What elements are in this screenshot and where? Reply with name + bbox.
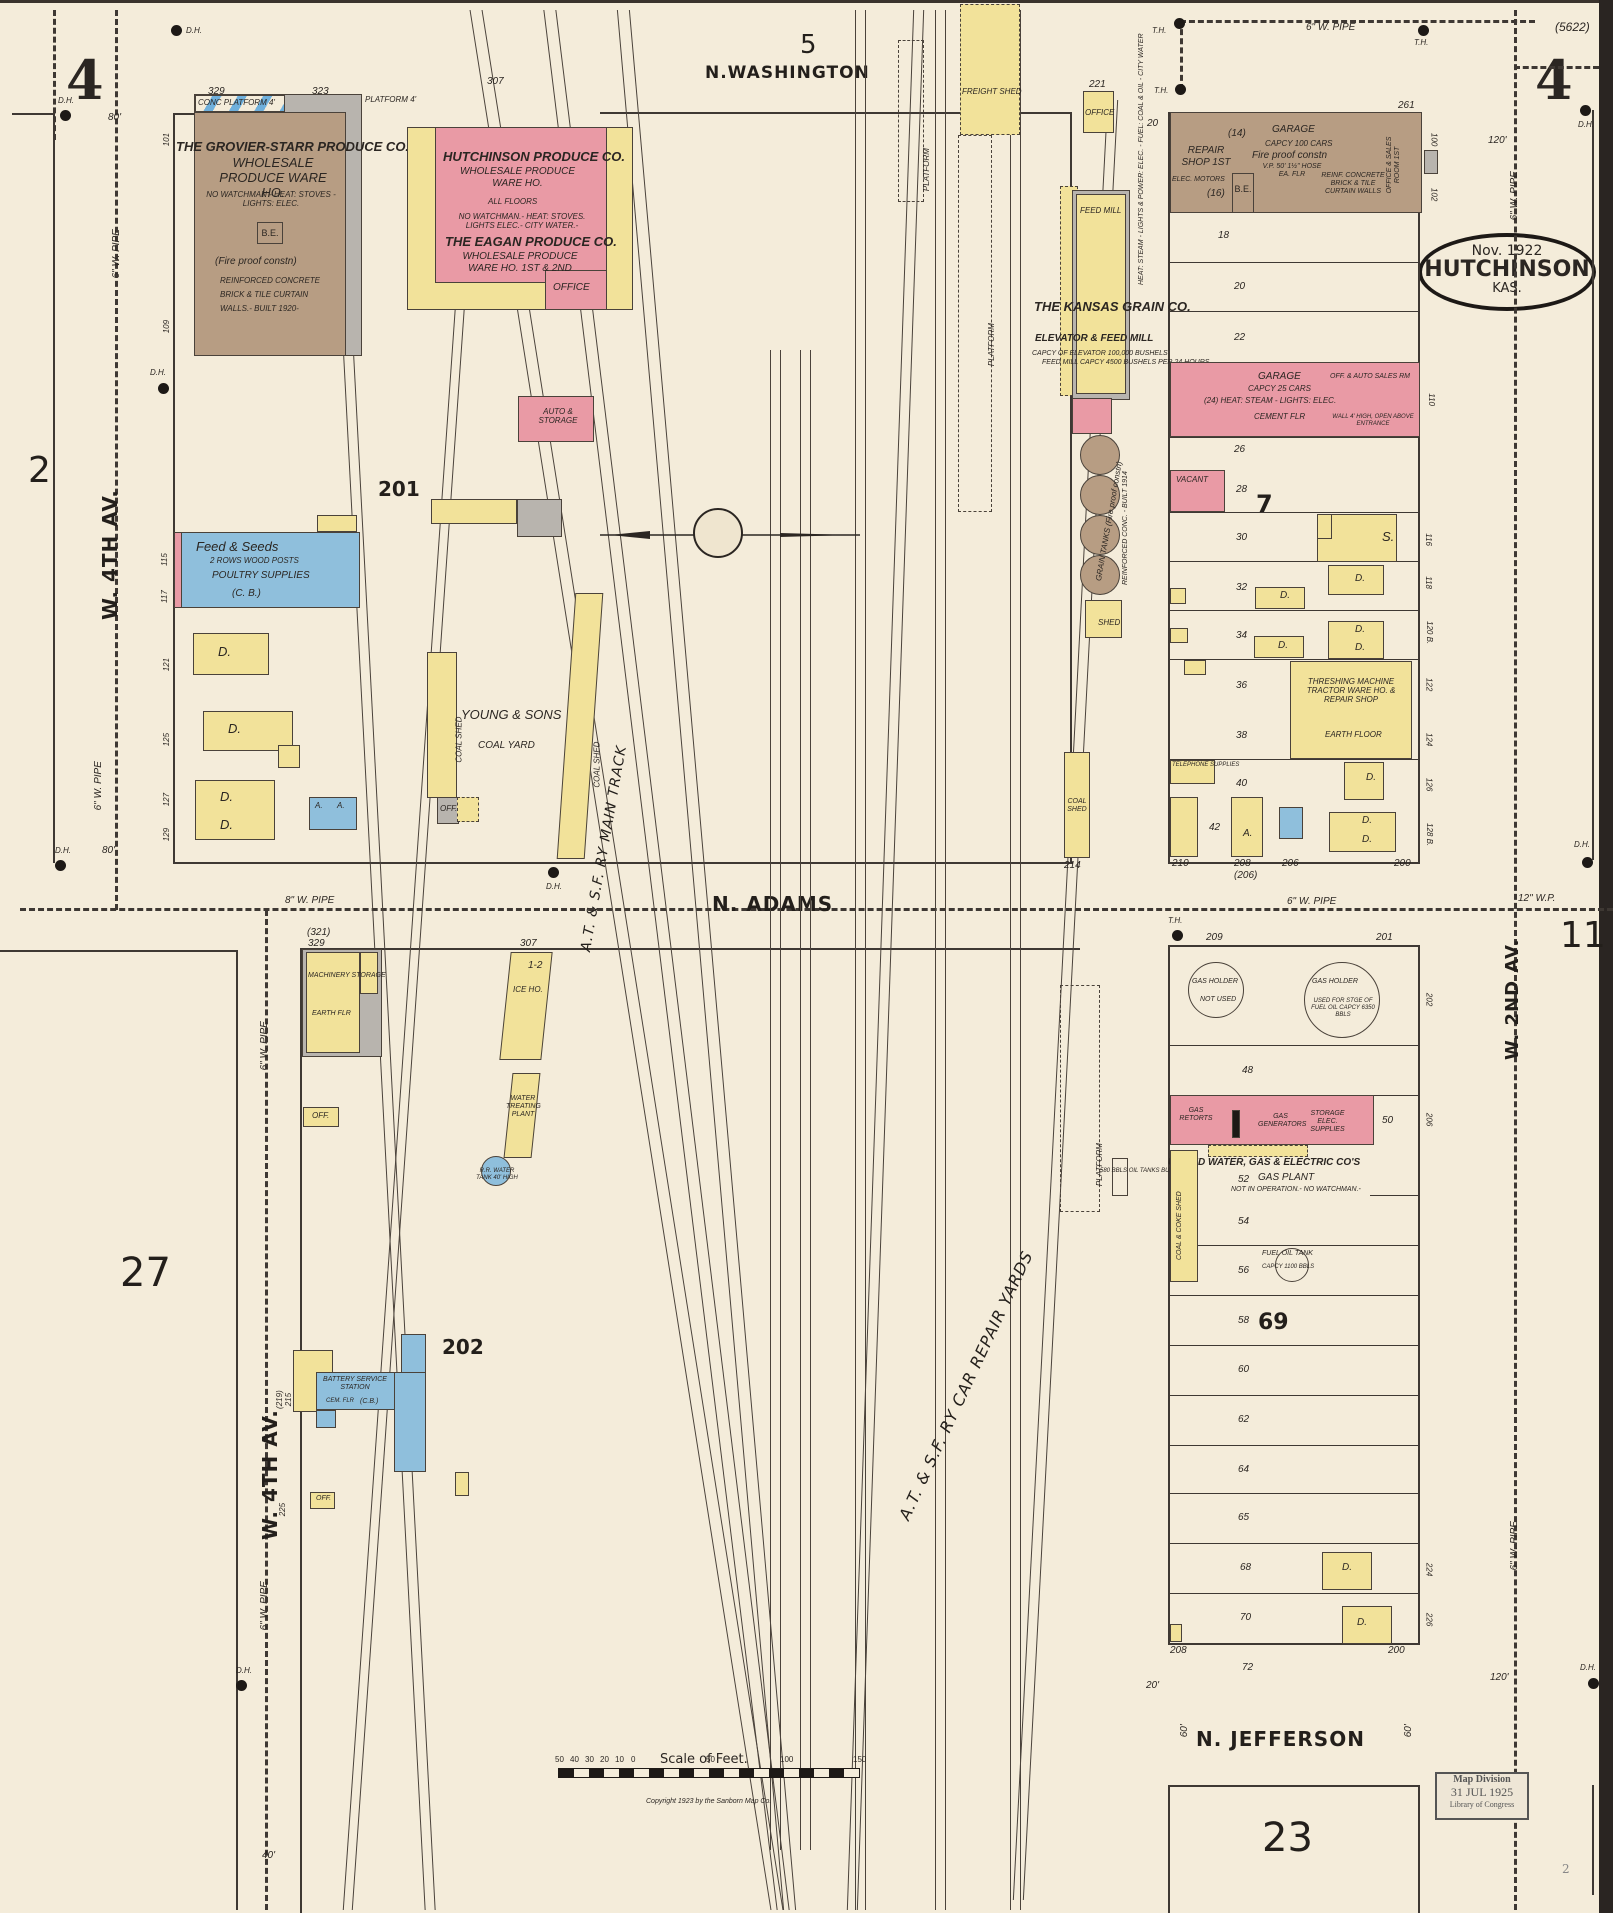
- pipe-label: 12" W.P.: [1518, 893, 1555, 905]
- lot-line: [1168, 262, 1418, 263]
- coal-shed-label: COAL SHED: [592, 742, 601, 788]
- gas-holder-note: NOT USED: [1200, 996, 1236, 1004]
- pipe-label: 6" W. PIPE: [111, 229, 123, 278]
- garage-mid-label: GARAGE: [1258, 371, 1301, 383]
- platform-label: PLATFORM: [1095, 1143, 1104, 1186]
- autos-label: A.: [337, 801, 345, 810]
- lot-number: 70: [1240, 1612, 1251, 1624]
- ice-house-stories: 1-2: [528, 960, 542, 972]
- rail-track: [800, 350, 801, 1850]
- copyright: Copyright 1923 by the Sanborn Map Co.: [646, 1798, 771, 1805]
- shed[interactable]: [278, 745, 300, 768]
- dwelling-label: D.: [1362, 815, 1372, 827]
- dwelling-label: D.: [218, 645, 231, 660]
- lot-number: 72: [1242, 1662, 1253, 1674]
- gas-holder-label: GAS HOLDER: [1312, 978, 1358, 986]
- block-east-edge: [1592, 110, 1594, 860]
- scale-tick: 50: [706, 1755, 715, 1764]
- threshing-label: THRESHING MACHINE TRACTOR WARE HO. & REP…: [1298, 677, 1404, 705]
- address: 128 B.: [1425, 823, 1434, 846]
- shed[interactable]: [1184, 660, 1206, 675]
- oil-tanks[interactable]: [1112, 1158, 1128, 1196]
- grovier-starr-notes: NO WATCHMAN - HEAT: STOVES - LIGHTS: ELE…: [196, 190, 346, 208]
- dwelling-cb[interactable]: [1279, 807, 1303, 839]
- hydrant-label: D.H.: [55, 846, 71, 855]
- hydrant-icon: [236, 1680, 247, 1691]
- block-number-201: 201: [378, 477, 420, 501]
- grovier-starr-name: THE GROVIER-STARR PRODUCE CO.: [176, 140, 409, 155]
- threshing-building[interactable]: [1290, 661, 1412, 759]
- address: 329: [208, 86, 225, 98]
- street-n-jefferson: N. JEFFERSON: [1196, 1727, 1365, 1751]
- pipe-label: 6" W. PIPE: [93, 761, 105, 810]
- lot-line: [1168, 437, 1418, 438]
- address: 117: [160, 590, 169, 603]
- address: 121: [162, 658, 171, 671]
- block-23-north-edge: [1168, 1785, 1420, 1787]
- address: 202: [1424, 993, 1433, 1006]
- boiler-icon: B.E.: [257, 222, 283, 244]
- street-width: 120': [1490, 1672, 1509, 1684]
- adjacent-sheet-bottom[interactable]: 23: [1262, 1815, 1313, 1861]
- feed-seeds-use: POULTRY SUPPLIES: [212, 570, 310, 582]
- elevator-capacity: CAPCY OF ELEVATOR 100,000 BUSHELS: [1032, 350, 1168, 358]
- lot-line: [1168, 1543, 1418, 1544]
- grain-brick-annex[interactable]: [1072, 398, 1112, 434]
- address: 210: [1172, 858, 1189, 870]
- shed[interactable]: [1170, 588, 1186, 604]
- shed[interactable]: [457, 797, 479, 822]
- rr-water-tank-label: R.R. WATER TANK 40' HIGH: [472, 1168, 522, 1182]
- lot-number: 38: [1236, 730, 1247, 742]
- rail-track: [1010, 10, 1011, 1910]
- hydrant-icon: [171, 25, 182, 36]
- street-width: 60': [1403, 1724, 1415, 1737]
- block-202-west-edge: [300, 948, 302, 1913]
- lot-line: [1370, 1195, 1418, 1196]
- address: 129: [162, 828, 171, 841]
- rail-track: [780, 350, 781, 1850]
- address: 127: [162, 793, 171, 806]
- office-sales-label: OFFICE & SALES ROOM 1ST: [1386, 130, 1402, 200]
- coal-shed-long[interactable]: [557, 593, 604, 859]
- scale-title: Scale of Feet.: [660, 1752, 748, 1767]
- eagan-produce-name: THE EAGAN PRODUCE CO.: [445, 235, 617, 250]
- lot-number: 68: [1240, 1562, 1251, 1574]
- address: 307: [520, 938, 537, 950]
- hose-note: V.P. 50' 1½" HOSE EA. FLR: [1262, 163, 1322, 179]
- shed[interactable]: [1317, 514, 1332, 539]
- block-201-west-edge: [173, 113, 175, 863]
- repair-shop-label: REPAIR SHOP 1ST: [1176, 145, 1236, 168]
- street-n-washington: N.WASHINGTON: [705, 63, 870, 83]
- storage-label: STORAGE ELEC. SUPPLIES: [1305, 1110, 1350, 1134]
- auto-shed[interactable]: [317, 515, 357, 532]
- lot-number: 36: [1236, 680, 1247, 692]
- shed[interactable]: [455, 1472, 469, 1496]
- motors-label: ELEC. MOTORS: [1172, 176, 1225, 184]
- dwelling-label: D.: [220, 818, 233, 833]
- address: 261: [1398, 100, 1415, 112]
- platform: [898, 40, 924, 202]
- hydrant-icon: [158, 383, 169, 394]
- hydrant-label: D.H.: [58, 96, 74, 105]
- rail-track: [810, 350, 811, 1850]
- dwelling-label: D.: [1355, 573, 1365, 585]
- shed[interactable]: [1170, 1624, 1182, 1642]
- hydrant-label: D.H.: [1578, 120, 1594, 129]
- small-shed[interactable]: [1424, 150, 1438, 174]
- address: 124: [1424, 733, 1433, 746]
- shed-building[interactable]: [431, 499, 517, 524]
- lot-number: 42: [1209, 822, 1220, 834]
- battery-construction: (C.B.): [360, 1398, 378, 1406]
- dwelling-label: D.: [1362, 834, 1372, 846]
- hutchinson-produce-notes: NO WATCHMAN.- HEAT: STOVES. LIGHTS ELEC.…: [458, 212, 586, 230]
- stamp-line-3: Library of Congress: [1437, 1800, 1527, 1809]
- feed-seeds-construction: (C. B.): [232, 588, 261, 600]
- eagan-office-label: OFFICE: [553, 282, 590, 294]
- battery-detail: CEM. FLR: [326, 1398, 354, 1405]
- coal-shed-label: COAL SHED: [454, 717, 463, 763]
- kansas-grain-notes: HEAT: STEAM - LIGHTS & POWER: ELEC. - FU…: [1138, 33, 1146, 285]
- feed-seeds-detail: 2 ROWS WOOD POSTS: [210, 556, 299, 565]
- block-23-west-edge: [1168, 1785, 1170, 1913]
- sheet-number-right: 4: [1535, 48, 1573, 112]
- auto-storage-label: AUTO & STORAGE: [530, 407, 586, 425]
- block-number-202: 202: [442, 1335, 484, 1359]
- dwelling-label: D.: [220, 790, 233, 805]
- hutchinson-produce-name: HUTCHINSON PRODUCE CO.: [443, 150, 625, 165]
- gas-holder-unused[interactable]: [1188, 962, 1244, 1018]
- dwelling[interactable]: [195, 780, 275, 840]
- street-width: 60': [1179, 1724, 1191, 1737]
- vacant-label: VACANT: [1176, 475, 1208, 484]
- lot-number: 22: [1234, 332, 1245, 344]
- block-23-east-edge: [1418, 1785, 1420, 1913]
- dwelling-label: D.: [1278, 640, 1288, 652]
- dwelling-label: D.: [1280, 590, 1290, 602]
- sheet-ref-code: (5622): [1555, 20, 1590, 34]
- scale-tick: 40: [570, 1755, 579, 1764]
- rail-track: [629, 10, 796, 1910]
- address: (219): [275, 1390, 284, 1409]
- lot-number: 26: [1234, 444, 1245, 456]
- gas-plant-use: GAS PLANT: [1258, 1172, 1314, 1184]
- fuel-oil-label: FUEL OIL TANK: [1262, 1250, 1313, 1258]
- water-pipe-6in-w4th: [115, 10, 118, 910]
- stamp-line-1: Map Division: [1437, 1774, 1527, 1785]
- lot-number: 65: [1238, 1512, 1249, 1524]
- address: 206: [1424, 1113, 1433, 1126]
- dwelling-label: D.: [1355, 624, 1365, 636]
- lot-number: 48: [1242, 1065, 1253, 1077]
- garage-mid-floor: CEMENT FLR: [1254, 412, 1305, 421]
- lot-line: [1168, 1395, 1418, 1396]
- lot-number: 62: [1238, 1414, 1249, 1426]
- lot-number: 50: [1382, 1115, 1393, 1127]
- pipe-label: 6" W. PIPE: [1306, 22, 1355, 34]
- hydrant-icon: [1418, 25, 1429, 36]
- address: 224: [1424, 1563, 1433, 1576]
- coal-coke-label: COAL & COKE SHED: [1176, 1191, 1184, 1260]
- coal-shed-label: COAL SHED: [1064, 798, 1090, 814]
- lot-number: 58: [1238, 1315, 1249, 1327]
- street-width: 80': [108, 112, 121, 124]
- address: 225: [278, 1503, 287, 1516]
- hydrant-label: T.H.: [1152, 26, 1166, 35]
- gas-plant-platform: [1208, 1145, 1308, 1157]
- rail-track: [1020, 10, 1021, 1910]
- battery-wing[interactable]: [394, 1372, 426, 1472]
- scale-tick: 100: [780, 1755, 793, 1764]
- dwelling-label: D.: [1342, 1562, 1352, 1574]
- scale-tick: 50: [555, 1755, 564, 1764]
- address: 109: [162, 320, 171, 333]
- office-label: OFF.: [440, 804, 457, 813]
- garage-capacity: CAPCY 100 CARS: [1265, 139, 1332, 148]
- gas-retorts-label: GAS RETORTS: [1176, 1107, 1216, 1123]
- address: (206): [1234, 870, 1257, 882]
- platform-label: PLATFORM: [922, 148, 931, 191]
- gas-plant-note: NOT IN OPERATION.- NO WATCHMAN.-: [1231, 1186, 1361, 1194]
- scale-bar: [558, 1768, 860, 1777]
- block-number-69: 69: [1258, 1310, 1289, 1335]
- hydrant-icon: [55, 860, 66, 871]
- address: 215: [284, 1393, 293, 1406]
- water-pipe-branch: [1514, 66, 1599, 69]
- lot-line: [1168, 1345, 1418, 1346]
- hydrant-icon: [1582, 857, 1593, 868]
- hydrant-icon: [1175, 84, 1186, 95]
- street-w-2nd-av: W. 2ND AV.: [1502, 939, 1523, 1060]
- scale-tick: 150: [853, 1755, 866, 1764]
- adjacent-sheet-right[interactable]: 11: [1560, 915, 1606, 956]
- address: 102: [1429, 188, 1438, 201]
- address: 208: [1170, 1645, 1187, 1657]
- lot-number: 52: [1238, 1174, 1249, 1186]
- title-badge: Nov. 1922 HUTCHINSON KAS.: [1418, 233, 1596, 311]
- fuel-oil-capacity: CAPCY 1100 BBLS: [1262, 1264, 1314, 1271]
- address: 307: [487, 76, 504, 88]
- street-w-4th-av-south: W. 4TH AV.: [258, 1409, 282, 1540]
- scale-tick: 20: [600, 1755, 609, 1764]
- lot-number: 54: [1238, 1216, 1249, 1228]
- lot-number: 20: [1147, 118, 1158, 130]
- title-city: HUTCHINSON: [1422, 259, 1592, 281]
- lot-number: 56: [1238, 1265, 1249, 1277]
- dwelling-label: D.: [1355, 642, 1365, 654]
- address: 100: [1429, 133, 1438, 146]
- dwelling[interactable]: [1344, 762, 1384, 800]
- water-pipe-branch: [1180, 20, 1183, 90]
- boiler-icon: B.E.: [1232, 173, 1254, 213]
- machinery-storage-building[interactable]: [306, 952, 360, 1053]
- auto-garage[interactable]: [1231, 797, 1263, 857]
- address: 126: [1424, 778, 1433, 791]
- battery-annex[interactable]: [316, 1410, 336, 1428]
- block-201-south-edge: [173, 862, 1073, 864]
- lot-line: [1168, 1295, 1418, 1296]
- lot-number: 20: [1234, 281, 1245, 293]
- rail-track: [847, 10, 914, 1910]
- block-69-north-edge: [1168, 945, 1420, 947]
- hydrant-label: D.H.: [236, 1666, 252, 1675]
- dwelling[interactable]: [1342, 1606, 1392, 1644]
- scale-tick: 30: [585, 1755, 594, 1764]
- hydrant-icon: [1172, 930, 1183, 941]
- rail-track: [935, 10, 936, 1910]
- battery-label: BATTERY SERVICE STATION: [320, 1376, 390, 1392]
- grain-tanks-detail: REINFORCED CONC. - BUILT 1914: [1122, 471, 1130, 585]
- lot-number: 40: [1236, 778, 1247, 790]
- pipe-label: 6" W. PIPE: [1287, 896, 1336, 908]
- library-of-congress-stamp: Map Division 31 JUL 1925 Library of Cong…: [1435, 1772, 1529, 1820]
- feed-seeds-name: Feed & Seeds: [196, 540, 278, 555]
- block-7-east-edge: [1418, 112, 1420, 862]
- water-treating-label: WATER TREATING PLANT: [506, 1095, 540, 1119]
- lot-line: [1168, 1493, 1418, 1494]
- rail-track: [770, 350, 771, 1850]
- brick-wall: [174, 532, 182, 608]
- address: 208: [1234, 858, 1251, 870]
- hutchinson-produce-use: WHOLESALE PRODUCE WARE HO.: [455, 166, 580, 189]
- lot-line: [1168, 512, 1418, 513]
- garage-height: (16): [1207, 188, 1225, 200]
- lot-number: 60: [1238, 1364, 1249, 1376]
- office-label: OFFICE: [1085, 108, 1114, 117]
- address: 200: [1394, 858, 1411, 870]
- water-pipe-6in-top: [1180, 20, 1535, 23]
- kansas-grain-use: ELEVATOR & FEED MILL: [1035, 333, 1153, 345]
- construction-detail: BRICK & TILE CURTAIN: [220, 290, 308, 299]
- garage-height: (14): [1228, 128, 1246, 140]
- garage-label: GARAGE: [1272, 124, 1315, 136]
- construction-detail: WALLS.- BUILT 1920-: [220, 304, 299, 313]
- garage-detail: REINF. CONCRETE BRICK & TILE CURTAIN WAL…: [1318, 172, 1388, 196]
- corner-digit: 2: [1562, 1862, 1570, 1876]
- lot-number: 34: [1236, 630, 1247, 642]
- gas-generators-label: GAS GENERATORS: [1258, 1113, 1303, 1129]
- lot-number: 64: [1238, 1464, 1249, 1476]
- street-w-4th-av-north: W. 4TH AV.: [98, 489, 122, 620]
- lot-line: [1168, 610, 1418, 611]
- address: 221: [1089, 79, 1106, 91]
- eagan-produce-use: WHOLESALE PRODUCE WARE HO. 1ST & 2ND: [455, 251, 585, 274]
- block-edge: [236, 950, 238, 1910]
- auto-label: A.: [1243, 828, 1252, 840]
- chimney-icon: [1232, 1110, 1240, 1138]
- block-69-east-edge: [1418, 945, 1420, 1645]
- hydrant-icon: [1580, 105, 1591, 116]
- label-atsf-repair-yards: A.T. & S.F. RY CAR REPAIR YARDS: [895, 1248, 1037, 1523]
- address: 101: [162, 133, 171, 146]
- young-sons-use: COAL YARD: [478, 740, 535, 752]
- lot-line: [1168, 1593, 1418, 1594]
- sanborn-map-sheet: 4 4 (5622) Nov. 1922 HUTCHINSON KAS. 2 5…: [0, 0, 1613, 1913]
- autos-label: A.: [315, 801, 323, 810]
- block-east-edge: [1592, 1785, 1594, 1895]
- rail-track: [945, 10, 946, 1910]
- lot-line: [1198, 1245, 1418, 1246]
- adjacent-sheet-left[interactable]: 2: [28, 450, 51, 491]
- pipe-label: 6" W. PIPE: [259, 1581, 271, 1630]
- hydrant-label: T.H.: [1414, 38, 1428, 47]
- young-sons-name: YOUNG & SONS: [461, 708, 561, 723]
- grain-shed-label: SHED: [1098, 618, 1120, 627]
- construction-detail: REINFORCED CONCRETE: [220, 276, 320, 285]
- gas-holder-label: GAS HOLDER: [1192, 978, 1238, 986]
- address: 206: [1282, 858, 1299, 870]
- pipe-label: 6" W. PIPE: [1509, 171, 1521, 220]
- block-number-7: 7: [1256, 490, 1273, 518]
- hydrant-label: D.H.: [1574, 840, 1590, 849]
- garage-mid-heat: (24) HEAT: STEAM - LIGHTS: ELEC.: [1204, 396, 1336, 405]
- ice-house[interactable]: [499, 952, 552, 1060]
- machinery-label: MACHINERY STORAGE: [308, 972, 386, 980]
- address: 120 B.: [1425, 621, 1434, 644]
- adjacent-sheet-bottom-left[interactable]: 27: [120, 1250, 171, 1296]
- lot-number: 30: [1236, 532, 1247, 544]
- hydrant-icon: [548, 867, 559, 878]
- coal-shed[interactable]: [427, 652, 457, 798]
- office-label: OFF.: [316, 1495, 331, 1503]
- dwelling[interactable]: [193, 633, 269, 675]
- stamp-line-2: 31 JUL 1925: [1437, 1785, 1527, 1800]
- threshing-floor: EARTH FLOOR: [1325, 730, 1382, 739]
- telephone-label: TELEPHONE SUPPLIES: [1172, 762, 1239, 769]
- lot-number: 28: [1236, 484, 1247, 496]
- adjacent-sheet-top[interactable]: 5: [800, 30, 817, 60]
- pipe-label: 6" W. PIPE: [1509, 1521, 1521, 1570]
- lot-line: [1168, 1445, 1418, 1446]
- shed-building[interactable]: [517, 499, 562, 537]
- address: 125: [162, 733, 171, 746]
- hydrant-label: T.H.: [1154, 86, 1168, 95]
- address: 200: [1388, 1645, 1405, 1657]
- hydrant-label: T.H.: [1168, 916, 1182, 925]
- garage-mid-capacity: CAPCY 25 CARS: [1248, 384, 1311, 393]
- garage-mid-office: OFF. & AUTO SALES RM: [1330, 373, 1410, 381]
- street-edge: [12, 113, 54, 115]
- title-state: KAS.: [1422, 281, 1592, 296]
- pipe-label: 6" W. PIPE: [259, 1021, 271, 1070]
- freight-shed[interactable]: [960, 4, 1020, 135]
- street-width: 40': [262, 1850, 275, 1862]
- floors-note: ALL FLOORS: [488, 197, 537, 206]
- shed[interactable]: [1170, 628, 1188, 643]
- grovier-starr-construction: (Fire proof constn): [215, 256, 297, 268]
- feed-mill-label: FEED MILL: [1080, 206, 1121, 215]
- address: 226: [1424, 1613, 1433, 1626]
- dwelling-label: D.: [1366, 772, 1376, 784]
- lot-line: [1168, 311, 1418, 312]
- telephone-supplies-2[interactable]: [1170, 797, 1198, 857]
- garage-mid-wall-note: WALL 4' HIGH, OPEN ABOVE ENTRANCE: [1328, 414, 1418, 428]
- scale-tick: 0: [631, 1755, 635, 1764]
- street-width: 120': [1488, 135, 1507, 147]
- gas-holder-note: USED FOR STGE OF FUEL OIL CAPCY 6350 BBL…: [1310, 998, 1376, 1019]
- platform-label: PLATFORM 4': [365, 95, 416, 104]
- street-width: 80': [102, 845, 115, 857]
- garage-construction: Fire proof constn: [1252, 150, 1327, 162]
- platform-label: PLATFORM: [987, 323, 996, 366]
- hydrant-icon: [60, 110, 71, 121]
- water-pipe: [53, 10, 56, 140]
- address: 323: [312, 86, 329, 98]
- hydrant-label: D.H.: [1580, 1663, 1596, 1672]
- sheet-right-edge: [1599, 0, 1613, 1913]
